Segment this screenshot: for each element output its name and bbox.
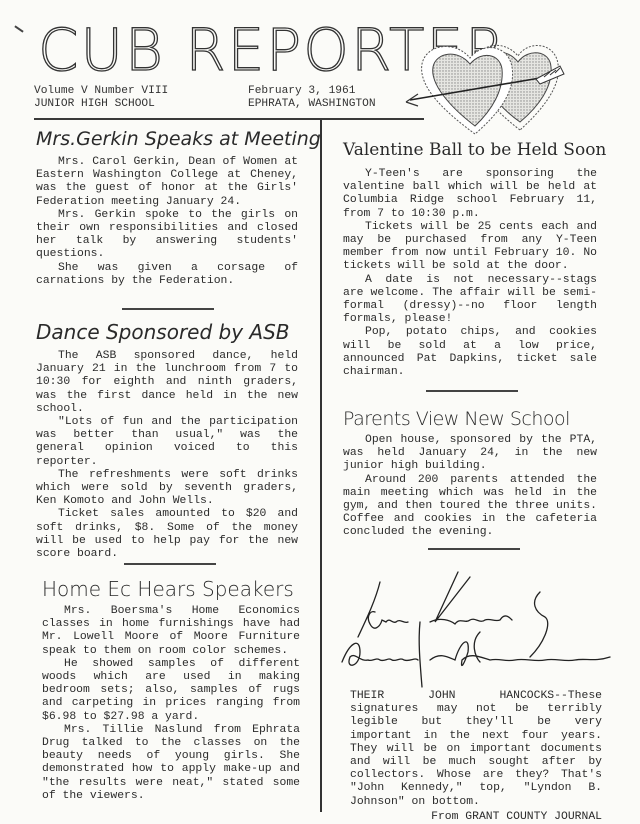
paragraph: She was given a corsage of carnations by…: [36, 262, 298, 288]
paragraph: The ASB sponsored dance, held January 21…: [36, 350, 298, 416]
masthead-date-location: February 3, 1961 EPHRATA, WASHINGTON: [248, 85, 376, 111]
paragraph: He showed samples of different woods whi…: [42, 658, 300, 724]
section-separator: [124, 563, 216, 565]
paragraph: Mrs. Tillie Naslund from Ephrata Drug ta…: [42, 724, 300, 803]
paragraph: Mrs. Gerkin spoke to the girls on their …: [36, 209, 298, 262]
article-body: The ASB sponsored dance, held January 21…: [36, 350, 298, 561]
paragraph: Around 200 parents attended the main mee…: [343, 474, 597, 540]
source-credit: From GRANT COUNTY JOURNAL: [350, 811, 602, 823]
paragraph: "Lots of fun and the participation was b…: [36, 416, 298, 469]
location: EPHRATA, WASHINGTON: [248, 98, 376, 110]
section-separator: [428, 548, 520, 550]
headline-dance: Dance Sponsored by ASB: [36, 320, 298, 344]
paragraph: THEIR JOHN HANCOCKS--These signatures ma…: [350, 690, 602, 809]
issue-date: February 3, 1961: [248, 85, 355, 97]
article-body: Y-Teen's are sponsoring the valentine ba…: [343, 168, 597, 379]
paragraph: A date is not necessary--stags are welco…: [343, 274, 597, 327]
paragraph: Mrs. Carol Gerkin, Dean of Women at East…: [36, 156, 298, 209]
article-body: Open house, sponsored by the PTA, was he…: [343, 434, 597, 540]
headline-valentine: Valentine Ball to be Held Soon: [343, 140, 597, 160]
newspaper-page: CUB REPORTER Volume V Number VIII JUNIOR…: [0, 0, 640, 824]
article-dance: Dance Sponsored by ASB The ASB sponsored…: [36, 320, 298, 561]
hearts-with-arrow-icon: [400, 22, 620, 142]
signatures-caption: THEIR JOHN HANCOCKS--These signatures ma…: [350, 690, 602, 809]
stray-mark: [14, 25, 23, 32]
article-parents: Parents View New School Open house, spon…: [343, 408, 597, 540]
headline-gerkin: Mrs.Gerkin Speaks at Meeting: [36, 128, 298, 150]
paragraph: Tickets will be 25 cents each and may be…: [343, 221, 597, 274]
column-divider: [320, 120, 322, 812]
headline-parents: Parents View New School: [343, 408, 597, 430]
section-separator: [426, 390, 518, 392]
paragraph: Pop, potato chips, and cookies will be s…: [343, 326, 597, 379]
paragraph: Mrs. Boersma's Home Economics classes in…: [42, 605, 300, 658]
signatures-image: [330, 562, 620, 692]
headline-home-ec: Home Ec Hears Speakers: [42, 577, 300, 601]
school-name: JUNIOR HIGH SCHOOL: [34, 98, 155, 110]
article-gerkin: Mrs.Gerkin Speaks at Meeting Mrs. Carol …: [36, 128, 298, 288]
article-body: Mrs. Carol Gerkin, Dean of Women at East…: [36, 156, 298, 288]
paragraph: Ticket sales amounted to $20 and soft dr…: [36, 508, 298, 561]
paragraph: The refreshments were soft drinks which …: [36, 469, 298, 509]
masthead-rule: [34, 118, 424, 120]
signatures-caption-block: THEIR JOHN HANCOCKS--These signatures ma…: [350, 690, 602, 823]
paragraph: Y-Teen's are sponsoring the valentine ba…: [343, 168, 597, 221]
paragraph: Open house, sponsored by the PTA, was he…: [343, 434, 597, 474]
section-separator: [122, 308, 214, 310]
article-valentine: Valentine Ball to be Held Soon Y-Teen's …: [343, 140, 597, 379]
masthead-issue-info: Volume V Number VIII JUNIOR HIGH SCHOOL: [34, 85, 168, 111]
article-home-ec: Home Ec Hears Speakers Mrs. Boersma's Ho…: [42, 577, 300, 803]
article-body: Mrs. Boersma's Home Economics classes in…: [42, 605, 300, 803]
volume-number: Volume V Number VIII: [34, 85, 168, 97]
